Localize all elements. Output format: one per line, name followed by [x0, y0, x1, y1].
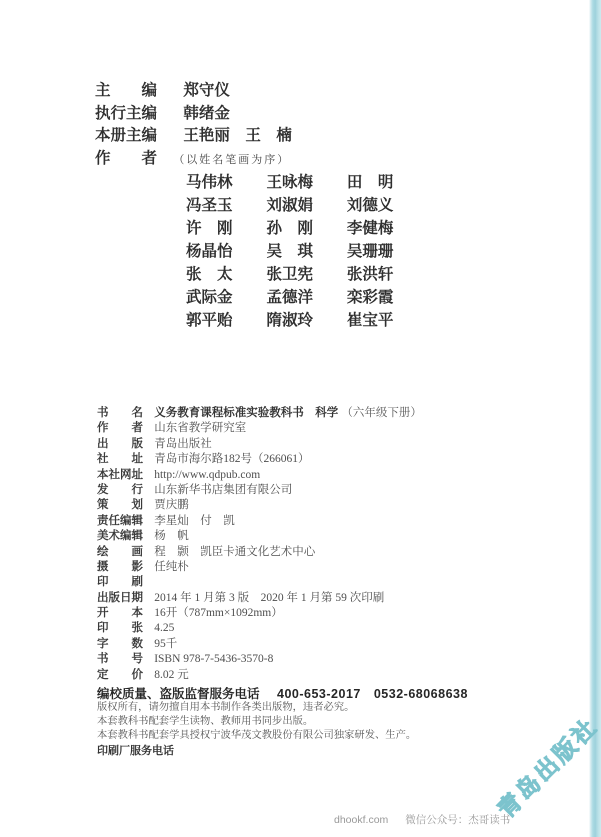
pub-row-art-editor: 美术编辑 杨 帆: [97, 529, 422, 544]
pub-label: 发 行: [97, 483, 145, 498]
author-name: 孟德洋: [266, 286, 342, 309]
pub-row-pub-date: 出版日期 2014 年 1 月第 3 版 2020 年 1 月第 59 次印刷: [97, 591, 422, 606]
editor-name: 王艳丽 王 楠: [183, 127, 292, 144]
printer-hotline-label: 印刷厂服务电话: [97, 742, 174, 758]
editor-role-label: 执行主编: [95, 103, 159, 126]
pub-row-isbn: 书 号 ISBN 978-7-5436-3570-8: [97, 652, 422, 667]
pub-value: 山东新华书店集团有限公司: [154, 484, 292, 496]
author-row: 武际金 孟德洋 栾彩霞: [186, 286, 393, 309]
right-edge-stripe: [589, 0, 601, 837]
author-name: 李健梅: [347, 217, 394, 240]
pub-value: 青岛出版社: [154, 438, 212, 450]
pub-value: 山东省教学研究室: [154, 422, 246, 434]
editor-row-chief: 主 编 郑守仪: [95, 80, 292, 103]
notice-line: 版权所有，请勿擅自用本书制作各类出版物，违者必究。: [97, 701, 416, 715]
pub-label: 摄 影: [97, 560, 145, 575]
footer-site-url: dhookf.com: [334, 814, 388, 826]
author-name: 王咏梅: [266, 171, 342, 194]
editor-row-authors: 作 者 （以姓名笔画为序）: [95, 148, 292, 171]
notice-line: 本套教科书配套学生读物、教师用书同步出版。: [97, 715, 416, 729]
author-name: 孙 刚: [266, 217, 342, 240]
editor-name: 郑守仪: [183, 82, 230, 99]
author-name: 崔宝平: [347, 309, 394, 332]
author-row: 冯圣玉 刘淑娟 刘德义: [186, 194, 393, 217]
pub-label: 字 数: [97, 637, 145, 652]
pub-value: 青岛市海尔路182号（266061）: [154, 453, 309, 465]
pub-row-resp-editor: 责任编辑 李星灿 付 凯: [97, 514, 422, 529]
colophon-page: 主 编 郑守仪 执行主编 韩绪金 本册主编 王艳丽 王 楠 作 者 （以姓名笔画…: [0, 0, 601, 837]
pub-row-book-title: 书 名 义务教育课程标准实验教科书 科学 （六年级下册）: [97, 406, 422, 421]
authors-grid: 马伟林 王咏梅 田 明 冯圣玉 刘淑娟 刘德义 许 刚 孙 刚 李健梅 杨晶怡 …: [186, 171, 393, 332]
publisher-watermark: 青岛出版社: [489, 709, 601, 824]
author-name: 吴珊珊: [347, 240, 394, 263]
editor-row-volume: 本册主编 王艳丽 王 楠: [95, 125, 292, 148]
author-row: 张 太 张卫宪 张洪轩: [186, 263, 393, 286]
author-row: 许 刚 孙 刚 李健梅: [186, 217, 393, 240]
pub-label: 社 址: [97, 452, 145, 467]
editor-name: 韩绪金: [183, 105, 230, 122]
pub-label: 书 号: [97, 652, 145, 667]
pub-label: 印 刷: [97, 575, 145, 590]
pub-row-author: 作 者 山东省教学研究室: [97, 421, 422, 436]
pub-label: 书 名: [97, 406, 145, 421]
copyright-notices: 版权所有，请勿擅自用本书制作各类出版物，违者必究。 本套教科书配套学生读物、教师…: [97, 701, 416, 742]
publication-info: 书 名 义务教育课程标准实验教科书 科学 （六年级下册） 作 者 山东省教学研究…: [97, 406, 422, 683]
editor-role-label: 主 编: [95, 80, 159, 103]
isbn-number: ISBN 978-7-5436-3570-8: [154, 653, 273, 665]
book-title-volume: （六年级下册）: [341, 407, 422, 419]
author-name: 张 太: [186, 263, 262, 286]
pub-row-publisher: 出 版 青岛出版社: [97, 437, 422, 452]
pub-label: 美术编辑: [97, 529, 145, 544]
author-name: 杨晶怡: [186, 240, 262, 263]
publisher-url: http://www.qdpub.com: [154, 469, 260, 481]
price-value: 8.02 元: [154, 669, 189, 681]
pub-row-sheets: 印 张 4.25: [97, 621, 422, 636]
pub-row-format: 开 本 16开（787mm×1092mm）: [97, 606, 422, 621]
hotline-label: 编校质量、盗版监督服务电话: [97, 687, 260, 701]
quality-hotline: 编校质量、盗版监督服务电话 400-653-2017 0532-68068638: [97, 684, 468, 702]
pub-label: 开 本: [97, 606, 145, 621]
editors-section: 主 编 郑守仪 执行主编 韩绪金 本册主编 王艳丽 王 楠 作 者 （以姓名笔画…: [95, 80, 292, 171]
pub-value: 任纯朴: [154, 561, 189, 573]
editor-role-label: 作 者: [95, 148, 159, 171]
author-row: 郭平贻 隋淑玲 崔宝平: [186, 309, 393, 332]
authors-order-note: （以姓名笔画为序）: [173, 154, 290, 166]
pub-value: 杨 帆: [154, 530, 189, 542]
author-name: 张卫宪: [266, 263, 342, 286]
pub-label: 绘 画: [97, 545, 145, 560]
pub-label: 本社网址: [97, 468, 145, 483]
author-name: 吴 琪: [266, 240, 342, 263]
pub-value: 16开（787mm×1092mm）: [154, 607, 283, 619]
pub-row-price: 定 价 8.02 元: [97, 668, 422, 683]
author-name: 郭平贻: [186, 309, 262, 332]
notice-line: 本套教科书配套学具授权宁波华茂文教股份有限公司独家研发、生产。: [97, 729, 416, 743]
pub-row-address: 社 址 青岛市海尔路182号（266061）: [97, 452, 422, 467]
pub-label: 出 版: [97, 437, 145, 452]
pub-value: 李星灿 付 凯: [154, 515, 235, 527]
author-row: 杨晶怡 吴 琪 吴珊珊: [186, 240, 393, 263]
pub-value: 95千: [154, 638, 177, 650]
pub-label: 印 张: [97, 621, 145, 636]
editor-role-label: 本册主编: [95, 125, 159, 148]
pub-row-distributor: 发 行 山东新华书店集团有限公司: [97, 483, 422, 498]
pub-label: 策 划: [97, 498, 145, 513]
pub-label: 定 价: [97, 668, 145, 683]
hotline-numbers: 400-653-2017 0532-68068638: [277, 687, 468, 701]
pub-value: 程 颢 凯臣卡通文化艺术中心: [154, 546, 315, 558]
author-row: 马伟林 王咏梅 田 明: [186, 171, 393, 194]
author-name: 许 刚: [186, 217, 262, 240]
pub-row-word-count: 字 数 95千: [97, 637, 422, 652]
pub-value: 4.25: [154, 622, 174, 634]
author-name: 张洪轩: [347, 263, 394, 286]
pub-row-illustration: 绘 画 程 颢 凯臣卡通文化艺术中心: [97, 545, 422, 560]
pub-row-website: 本社网址 http://www.qdpub.com: [97, 468, 422, 483]
pub-value: 贾庆鹏: [154, 499, 189, 511]
pub-row-printing: 印 刷: [97, 575, 422, 590]
pub-label: 出版日期: [97, 591, 145, 606]
pub-row-photography: 摄 影 任纯朴: [97, 560, 422, 575]
pub-label: 责任编辑: [97, 514, 145, 529]
editor-row-executive: 执行主编 韩绪金: [95, 103, 292, 126]
author-name: 武际金: [186, 286, 262, 309]
author-name: 冯圣玉: [186, 194, 262, 217]
pub-label: 作 者: [97, 421, 145, 436]
author-name: 刘德义: [347, 194, 394, 217]
author-name: 田 明: [347, 171, 394, 194]
author-name: 刘淑娟: [266, 194, 342, 217]
pub-row-planner: 策 划 贾庆鹏: [97, 498, 422, 513]
pub-value: 2014 年 1 月第 3 版 2020 年 1 月第 59 次印刷: [154, 592, 384, 604]
footer-watermark-line: dhookf.com 微信公众号：杰哥读书: [334, 812, 510, 827]
author-name: 隋淑玲: [266, 309, 342, 332]
footer-wechat-account: 微信公众号：杰哥读书: [405, 814, 510, 826]
book-title: 义务教育课程标准实验教科书 科学: [154, 407, 338, 419]
author-name: 栾彩霞: [347, 286, 394, 309]
author-name: 马伟林: [186, 171, 262, 194]
